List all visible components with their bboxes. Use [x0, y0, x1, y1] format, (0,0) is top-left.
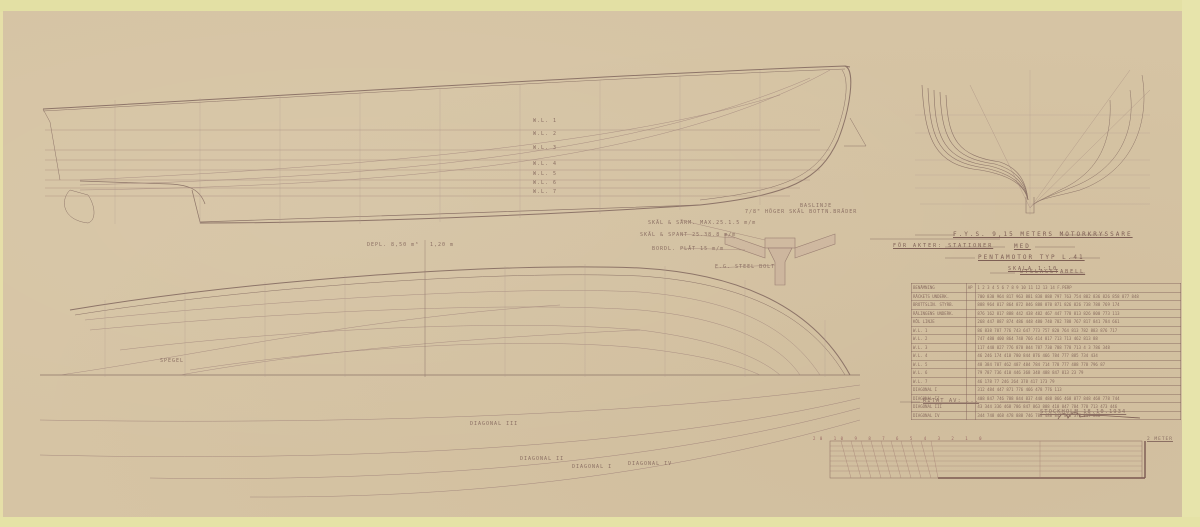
table-row: W.L. 746 178 77 246 264 378 417 173 79	[912, 377, 1181, 386]
draft-label: 1,20 m	[430, 242, 454, 248]
table-header: AP	[966, 284, 976, 293]
place-date: STOCKHOLM 18.10.1934	[1040, 409, 1126, 415]
profile-view	[43, 66, 866, 224]
wl-label-4: W.L. 4	[533, 161, 557, 167]
diagonal-label-1: DIAGONAL III	[470, 421, 518, 427]
plan-view	[40, 240, 860, 377]
table-header: BENÄMNING	[912, 284, 967, 293]
scale-bar	[830, 441, 1145, 478]
keel-note-2: SKÄL & SPANT 25.38.8 m/m	[640, 232, 736, 238]
stern-label: SPEGEL	[160, 358, 184, 364]
body-plan-view	[915, 70, 1150, 215]
table-row: KÖL LINJE268 447 887 874 486 448 480 740…	[912, 318, 1181, 327]
drawing-subtitle-1: MED	[1014, 243, 1031, 250]
drawn-by: RITAT AV: ...	[923, 398, 979, 404]
scale-bar-unit: 2 METER	[1147, 437, 1173, 442]
wl-label-2: W.L. 2	[533, 131, 557, 137]
table-row: DIAGONAL I312 484 447 871 776 466 478 77…	[912, 386, 1181, 395]
section-title: FÖR AKTER: STATIONER	[893, 243, 993, 249]
diagonal-view	[40, 385, 860, 497]
keel-note-4: E.G. STEEL BOLT	[715, 264, 775, 270]
keel-section-detail	[680, 220, 835, 285]
diagonal-label-3: DIAGONAL I	[572, 464, 612, 470]
wl-label-7: W.L. 7	[533, 189, 557, 195]
keel-note-0: 7/8" HÖGER SKÄL BOTTN.BRÄDER	[745, 209, 857, 215]
wl-label-1: W.L. 1	[533, 118, 557, 124]
diagonal-label-2: DIAGONAL II	[520, 456, 564, 462]
wl-label-6: W.L. 6	[533, 180, 557, 186]
wl-label-5: W.L. 5	[533, 171, 557, 177]
scale-bar-ticks: 20 10 9 8 7 6 5 4 3 2 1 0	[813, 436, 986, 441]
table-row: W.L. 3117 448 827 776 878 844 787 730 78…	[912, 343, 1181, 352]
drawing-title: F.Y.S. 9,15 METERS MOTORKRYSSARE	[953, 231, 1133, 238]
table-header-row: BENÄMNING AP 1 2 3 4 5 6 7 8 9 10 11 12 …	[912, 284, 1181, 293]
diagonal-label-4: DIAGONAL IV	[628, 461, 672, 467]
table-row: BROTTSLIN. STYRB.888 964 817 864 872 846…	[912, 301, 1181, 310]
table-row: W.L. 186 838 787 776 743 647 773 757 820…	[912, 326, 1181, 335]
keel-note-3: BORDL. PLÅT 15 m/m	[652, 246, 724, 252]
table-row: W.L. 679 787 736 410 446 368 348 488 847…	[912, 369, 1181, 378]
offsets-table-title: UTSLAGSTABELL	[1020, 269, 1085, 275]
table-header: 1 2 3 4 5 6 7 8 9 10 11 12 13 14 F.PERP	[976, 284, 1181, 293]
table-row: W.L. 2747 480 400 864 748 766 414 817 71…	[912, 335, 1181, 344]
keel-note-1: SKÄL & SÄRM. MAX.25.1.5 m/m	[648, 220, 756, 226]
drawing-subtitle-2: PENTAMOTOR TYP L.41	[978, 254, 1085, 261]
wl-label-3: W.L. 3	[533, 145, 557, 151]
lines-drawing	[0, 0, 1200, 527]
table-row: RÄCKETS UNDERK.700 830 964 817 963 881 8…	[912, 292, 1181, 301]
table-row: W.L. 446 246 174 418 780 844 876 466 784…	[912, 352, 1181, 361]
displacement-label: DEPL. 8,50 m³	[367, 242, 419, 248]
table-row: W.L. 548 384 787 462 487 484 784 714 778…	[912, 360, 1181, 369]
table-row: RÄLINGENS UNDERK.876 162 817 888 442 438…	[912, 309, 1181, 318]
